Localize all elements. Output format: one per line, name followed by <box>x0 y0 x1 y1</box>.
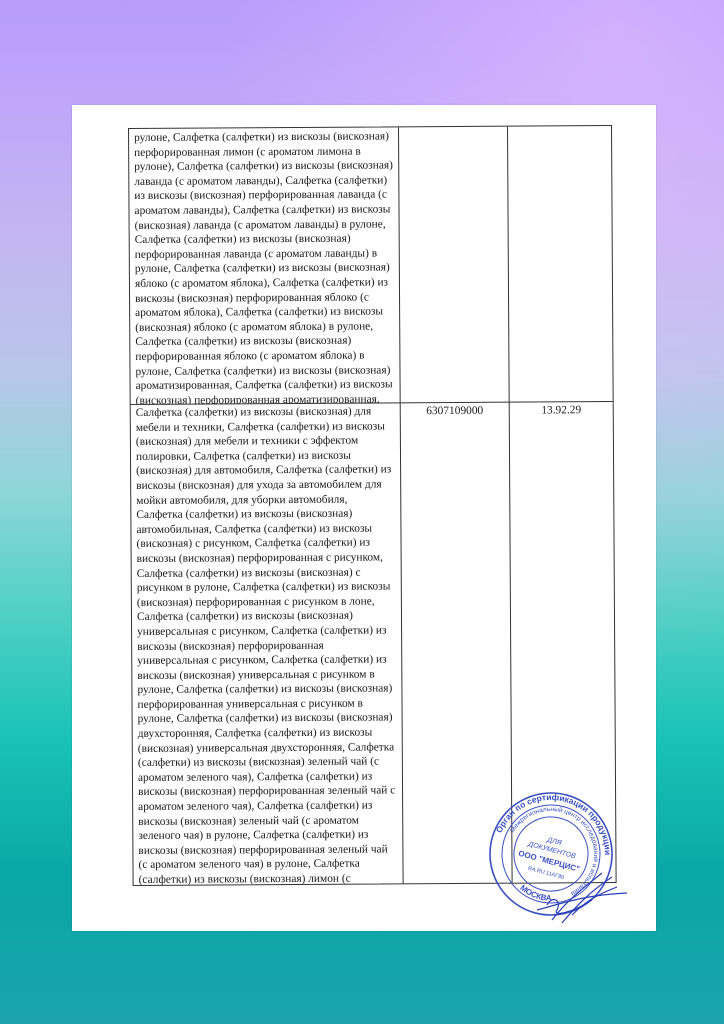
signature <box>532 865 632 925</box>
tnved-code-cell <box>399 127 510 403</box>
product-table: рулоне, Салфетка (салфетки) из вискозы (… <box>128 125 617 886</box>
table-row: рулоне, Салфетка (салфетки) из вискозы (… <box>129 126 613 405</box>
document-page: рулоне, Салфетка (салфетки) из вискозы (… <box>72 105 656 931</box>
okpd2-code-cell <box>508 126 613 402</box>
product-description-cell: Салфетка (салфетки) из вискозы (вискозна… <box>131 402 404 885</box>
product-description-cell: рулоне, Салфетка (салфетки) из вискозы (… <box>129 127 401 404</box>
